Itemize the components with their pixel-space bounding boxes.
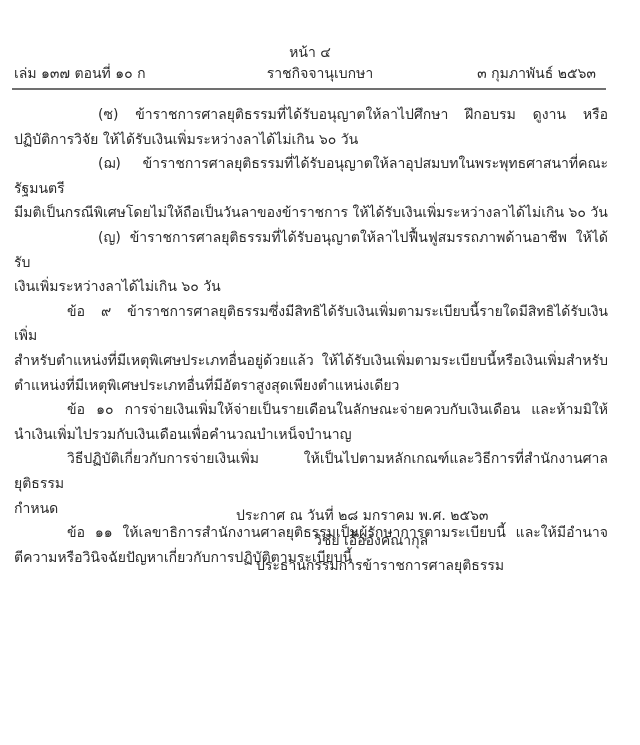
text-line: มีมติเป็นกรณีพิเศษโดยไม่ให้ถือเป็นวันลาข… [14,201,608,226]
header-rule [12,88,606,90]
text-line: ข้อ ๑๐ การจ่ายเงินเพิ่มให้จ่ายเป็นรายเดื… [14,398,608,423]
paragraph-sub-item-yo: (ญ) ข้าราชการศาลยุติธรรมที่ได้รับอนุญาตใ… [14,226,608,300]
paragraph-sub-item-cho: (ฌ) ข้าราชการศาลยุติธรรมที่ได้รับอนุญาตใ… [14,152,608,226]
text-line: ตำแหน่งที่มีเหตุพิเศษประเภทอื่นที่มีอัตร… [14,374,608,399]
text-line: (ฌ) ข้าราชการศาลยุติธรรมที่ได้รับอนุญาตใ… [14,152,608,201]
document-page: หน้า ๔ เล่ม ๑๓๗ ตอนที่ ๑๐ ก ราชกิจจานุเบ… [0,0,640,745]
text-line: (ญ) ข้าราชการศาลยุติธรรมที่ได้รับอนุญาตใ… [14,226,608,275]
text-line: สำหรับตำแหน่งที่มีเหตุพิเศษประเภทอื่นอยู… [14,349,608,374]
text-line: วิธีปฏิบัติเกี่ยวกับการจ่ายเงินเพิ่ม ให้… [14,447,608,496]
paragraph-article-10: ข้อ ๑๐ การจ่ายเงินเพิ่มให้จ่ายเป็นรายเดื… [14,398,608,447]
page-number: หน้า ๔ [0,42,620,64]
publication-date: ๓ กุมภาพันธ์ ๒๕๖๓ [477,63,596,85]
text-line: (ซ) ข้าราชการศาลยุติธรรมที่ได้รับอนุญาตใ… [14,103,608,128]
announcement-date: ประกาศ ณ วันที่ ๒๘ มกราคม พ.ศ. ๒๕๖๓ [236,503,489,529]
gazette-header: เล่ม ๑๓๗ ตอนที่ ๑๐ ก ราชกิจจานุเบกษา ๓ ก… [14,63,606,87]
text-line: ปฏิบัติการวิจัย ให้ได้รับเงินเพิ่มระหว่า… [14,128,608,153]
paragraph-article-9: ข้อ ๙ ข้าราชการศาลยุติธรรมซึ่งมีสิทธิได้… [14,300,608,398]
document-body: (ซ) ข้าราชการศาลยุติธรรมที่ได้รับอนุญาตใ… [14,103,608,570]
paragraph-sub-item-zo: (ซ) ข้าราชการศาลยุติธรรมที่ได้รับอนุญาตใ… [14,103,608,152]
text-line: ข้อ ๙ ข้าราชการศาลยุติธรรมซึ่งมีสิทธิได้… [14,300,608,349]
signatory-name: วิชัย เอื้ออังคณากุล [314,528,428,554]
text-line: นำเงินเพิ่มไปรวมกับเงินเดือนเพื่อคำนวณบำ… [14,423,608,448]
text-line: เงินเพิ่มระหว่างลาได้ไม่เกิน ๖๐ วัน [14,275,608,300]
signatory-title: ประธานกรรมการข้าราชการศาลยุติธรรม [256,553,504,579]
